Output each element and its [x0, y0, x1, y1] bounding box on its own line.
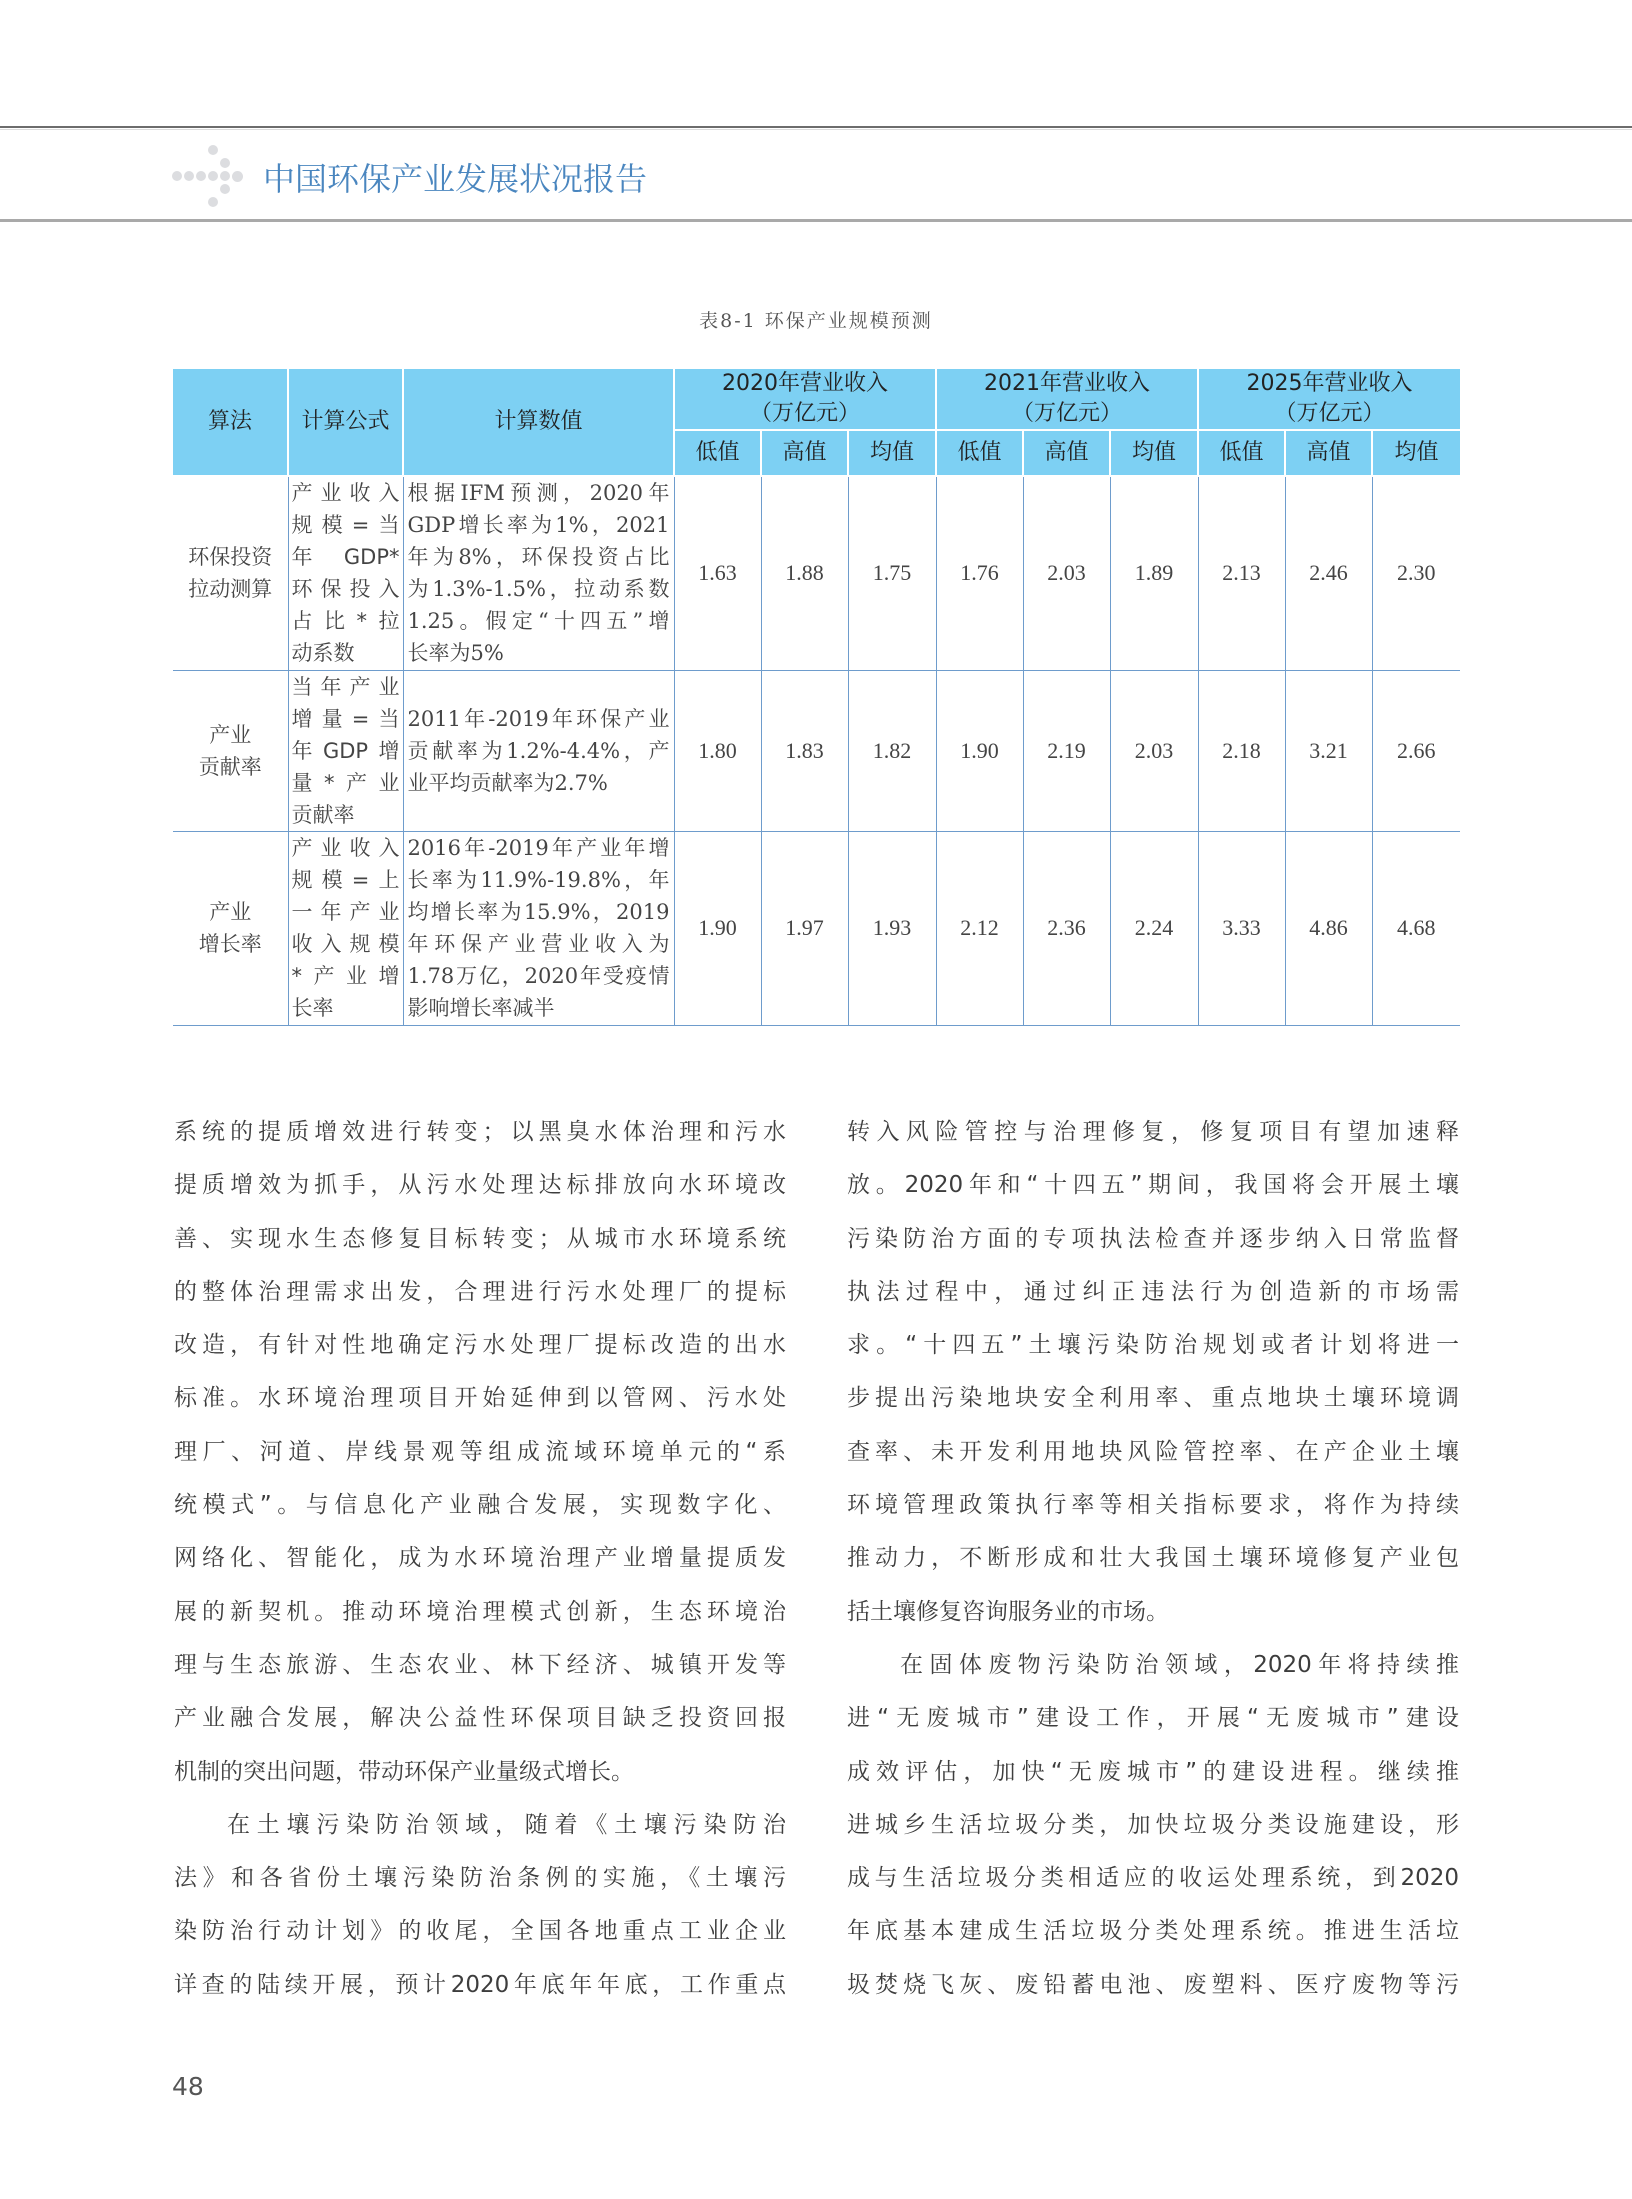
body-text-line: 年底基本建成生活垃圾分类处理系统。推进生活垃: [847, 1905, 1459, 1958]
running-title: 中国环保产业发展状况报告: [263, 154, 647, 200]
table-row: 产业 增长率 产业收入 规模=上 一年产业 收入规模 *产业增 长率 2016年…: [173, 831, 1460, 1025]
formula-line: 年GDP增: [292, 735, 400, 767]
body-text-line: 括土壤修复咨询服务业的市场。: [847, 1586, 1459, 1639]
header-rule-bottom: [0, 219, 1632, 222]
body-text-line: 污染防治方面的专项执法检查并逐步纳入日常监督: [847, 1213, 1459, 1266]
body-text-line: 统模式”。与信息化产业融合发展，实现数字化、: [174, 1479, 786, 1532]
method-line: 拉动测算: [173, 573, 288, 605]
value-2025-high: 2.46: [1285, 476, 1372, 670]
value-2025-mean: 2.66: [1372, 670, 1460, 831]
sub-low: 低值: [936, 430, 1023, 476]
value-2020-high: 1.88: [761, 476, 848, 670]
value-2025-low: 3.33: [1198, 831, 1285, 1025]
formula-line: 贡献率: [292, 799, 400, 831]
formula-line: 环保投入: [292, 573, 400, 605]
formula-line: 规模=当: [292, 509, 400, 541]
values-line: GDP增长率为1%，2021: [408, 509, 670, 541]
values-line: 长率为11.9%-19.8%，年: [408, 864, 670, 896]
values-cell: 2016年-2019年产业年增 长率为11.9%-19.8%，年 均增长率为15…: [403, 831, 674, 1025]
body-text-line: 进“无废城市”建设工作，开展“无废城市”建设: [847, 1692, 1459, 1745]
values-line: 业平均贡献率为2.7%: [408, 767, 670, 799]
method-line: 贡献率: [173, 751, 288, 783]
group-unit: （万亿元）: [937, 399, 1197, 429]
formula-line: 长率: [292, 992, 400, 1024]
value-2025-high: 4.86: [1285, 831, 1372, 1025]
values-line: 1.78万亿，2020年受疫情: [408, 960, 670, 992]
sub-low: 低值: [1198, 430, 1285, 476]
body-text-line: 成效评估，加快“无废城市”的建设进程。继续推: [847, 1746, 1459, 1799]
body-text-line: 善、实现水生态修复目标转变；从城市水环境系统: [174, 1213, 786, 1266]
values-line: 年为8%，环保投资占比: [408, 541, 670, 573]
formula-cell: 当年产业 增量=当 年GDP增 量*产业 贡献率: [288, 670, 403, 831]
values-cell: 2011年-2019年环保产业 贡献率为1.2%-4.4%，产 业平均贡献率为2…: [403, 670, 674, 831]
body-text-line: 执法过程中，通过纠正违法行为创造新的市场需: [847, 1266, 1459, 1319]
body-text-line: 环境管理政策执行率等相关指标要求，将作为持续: [847, 1479, 1459, 1532]
method-cell: 环保投资 拉动测算: [173, 476, 288, 670]
formula-line: 产业收入: [292, 832, 400, 864]
value-2021-high: 2.19: [1023, 670, 1110, 831]
body-text-line: 法》和各省份土壤污染防治条例的实施，《土壤污: [174, 1852, 786, 1905]
body-text-line: 推动力，不断形成和壮大我国土壤环境修复产业包: [847, 1532, 1459, 1585]
body-text-line: 成与生活垃圾分类相适应的收运处理系统，到2020: [847, 1852, 1459, 1905]
header-group-2020: 2020年营业收入 （万亿元）: [674, 368, 936, 430]
body-text-line: 产业融合发展，解决公益性环保项目缺乏投资回报: [174, 1692, 786, 1745]
forecast-table: 算法 计算公式 计算数值 2020年营业收入 （万亿元） 2021年营业收入 （…: [173, 367, 1460, 1026]
value-2020-low: 1.63: [674, 476, 761, 670]
formula-line: 收入规模: [292, 928, 400, 960]
group-unit: （万亿元）: [1199, 399, 1460, 429]
body-text-line: 步提出污染地块安全利用率、重点地块土壤环境调: [847, 1372, 1459, 1425]
method-cell: 产业 贡献率: [173, 670, 288, 831]
sub-mean: 均值: [848, 430, 936, 476]
body-text-line: 放。2020年和“十四五”期间，我国将会开展土壤: [847, 1159, 1459, 1212]
header-values: 计算数值: [403, 368, 674, 476]
value-2021-mean: 2.24: [1110, 831, 1198, 1025]
values-line: 2011年-2019年环保产业: [408, 703, 670, 735]
value-2025-mean: 4.68: [1372, 831, 1460, 1025]
header-rule-top: [0, 126, 1632, 128]
method-line: 环保投资: [173, 541, 288, 573]
value-2020-mean: 1.93: [848, 831, 936, 1025]
formula-line: 动系数: [292, 637, 400, 669]
values-line: 年环保产业营业收入为: [408, 928, 670, 960]
header-method: 算法: [173, 368, 288, 476]
group-title: 2025年营业收入: [1199, 369, 1460, 399]
body-text-line: 标准。水环境治理项目开始延伸到以管网、污水处: [174, 1372, 786, 1425]
body-column-left: 系统的提质增效进行转变；以黑臭水体治理和污水提质增效为抓手，从污水处理达标排放向…: [174, 1106, 786, 2012]
values-line: 根据IFM预测，2020年: [408, 477, 670, 509]
group-title: 2020年营业收入: [675, 369, 935, 399]
formula-line: 当年产业: [292, 671, 400, 703]
value-2021-low: 1.76: [936, 476, 1023, 670]
body-text-line: 详查的陆续开展，预计2020年底年年底，工作重点: [174, 1959, 786, 2012]
table-row: 产业 贡献率 当年产业 增量=当 年GDP增 量*产业 贡献率 2011年-20…: [173, 670, 1460, 831]
value-2021-mean: 2.03: [1110, 670, 1198, 831]
body-text-line: 转入风险管控与治理修复，修复项目有望加速释: [847, 1106, 1459, 1159]
values-line: 长率为5%: [408, 637, 670, 669]
formula-line: 量*产业: [292, 767, 400, 799]
values-line: 贡献率为1.2%-4.4%，产: [408, 735, 670, 767]
body-text-line: 提质增效为抓手，从污水处理达标排放向水环境改: [174, 1159, 786, 1212]
table-caption: 表8-1 环保产业规模预测: [0, 306, 1632, 333]
body-text-line: 网络化、智能化，成为水环境治理产业增量提质发: [174, 1532, 786, 1585]
body-text-line: 理厂、河道、岸线景观等组成流域环境单元的“系: [174, 1426, 786, 1479]
header-formula: 计算公式: [288, 368, 403, 476]
values-line: 2016年-2019年产业年增: [408, 832, 670, 864]
formula-line: 增量=当: [292, 703, 400, 735]
value-2020-high: 1.97: [761, 831, 848, 1025]
formula-line: 产业收入: [292, 477, 400, 509]
body-text-line: 查率、未开发利用地块风险管控率、在产企业土壤: [847, 1426, 1459, 1479]
value-2021-mean: 1.89: [1110, 476, 1198, 670]
method-line: 产业: [173, 896, 288, 928]
value-2020-mean: 1.75: [848, 476, 936, 670]
method-line: 产业: [173, 719, 288, 751]
value-2021-high: 2.36: [1023, 831, 1110, 1025]
group-unit: （万亿元）: [675, 399, 935, 429]
body-text-line: 机制的突出问题，带动环保产业量级式增长。: [174, 1746, 786, 1799]
value-2020-high: 1.83: [761, 670, 848, 831]
body-text-line: 圾焚烧飞灰、废铅蓄电池、废塑料、医疗废物等污: [847, 1959, 1459, 2012]
values-line: 均增长率为15.9%，2019: [408, 896, 670, 928]
table-row: 环保投资 拉动测算 产业收入 规模=当 年GDP* 环保投入 占比*拉 动系数 …: [173, 476, 1460, 670]
value-2021-low: 2.12: [936, 831, 1023, 1025]
value-2021-high: 2.03: [1023, 476, 1110, 670]
value-2021-low: 1.90: [936, 670, 1023, 831]
body-text-line: 染防治行动计划》的收尾，全国各地重点工业企业: [174, 1905, 786, 1958]
sub-high: 高值: [761, 430, 848, 476]
body-text-line: 求。“十四五”土壤污染防治规划或者计划将进一: [847, 1319, 1459, 1372]
body-text-line: 的整体治理需求出发，合理进行污水处理厂的提标: [174, 1266, 786, 1319]
values-line: 1.25。假定“十四五”增: [408, 605, 670, 637]
values-cell: 根据IFM预测，2020年 GDP增长率为1%，2021 年为8%，环保投资占比…: [403, 476, 674, 670]
header-group-2021: 2021年营业收入 （万亿元）: [936, 368, 1198, 430]
value-2025-low: 2.18: [1198, 670, 1285, 831]
formula-line: 规模=上: [292, 864, 400, 896]
body-text-line: 在土壤污染防治领域，随着《土壤污染防治: [174, 1799, 786, 1852]
sub-mean: 均值: [1110, 430, 1198, 476]
body-text-line: 在固体废物污染防治领域，2020年将持续推: [847, 1639, 1459, 1692]
sub-high: 高值: [1023, 430, 1110, 476]
value-2020-mean: 1.82: [848, 670, 936, 831]
formula-line: 占比*拉: [292, 605, 400, 637]
value-2025-high: 3.21: [1285, 670, 1372, 831]
sub-mean: 均值: [1372, 430, 1460, 476]
value-2025-mean: 2.30: [1372, 476, 1460, 670]
formula-line: 一年产业: [292, 896, 400, 928]
formula-cell: 产业收入 规模=当 年GDP* 环保投入 占比*拉 动系数: [288, 476, 403, 670]
method-cell: 产业 增长率: [173, 831, 288, 1025]
page-number: 48: [172, 2072, 204, 2101]
body-text-line: 系统的提质增效进行转变；以黑臭水体治理和污水: [174, 1106, 786, 1159]
formula-cell: 产业收入 规模=上 一年产业 收入规模 *产业增 长率: [288, 831, 403, 1025]
value-2020-low: 1.90: [674, 831, 761, 1025]
sub-high: 高值: [1285, 430, 1372, 476]
values-line: 为1.3%-1.5%，拉动系数: [408, 573, 670, 605]
body-text-line: 进城乡生活垃圾分类，加快垃圾分类设施建设，形: [847, 1799, 1459, 1852]
body-text-line: 改造，有针对性地确定污水处理厂提标改造的出水: [174, 1319, 786, 1372]
value-2020-low: 1.80: [674, 670, 761, 831]
values-line: 影响增长率减半: [408, 992, 670, 1024]
body-column-right: 转入风险管控与治理修复，修复项目有望加速释放。2020年和“十四五”期间，我国将…: [847, 1106, 1459, 2012]
body-text-line: 理与生态旅游、生态农业、林下经济、城镇开发等: [174, 1639, 786, 1692]
body-text-line: 展的新契机。推动环境治理模式创新，生态环境治: [174, 1586, 786, 1639]
value-2025-low: 2.13: [1198, 476, 1285, 670]
header-group-2025: 2025年营业收入 （万亿元）: [1198, 368, 1460, 430]
formula-line: *产业增: [292, 960, 400, 992]
group-title: 2021年营业收入: [937, 369, 1197, 399]
header-rule-top-shadow: [0, 129, 1632, 130]
formula-line: 年GDP*: [292, 541, 400, 573]
sub-low: 低值: [674, 430, 761, 476]
method-line: 增长率: [173, 928, 288, 960]
dotted-arrow-logo-icon: [172, 143, 250, 209]
